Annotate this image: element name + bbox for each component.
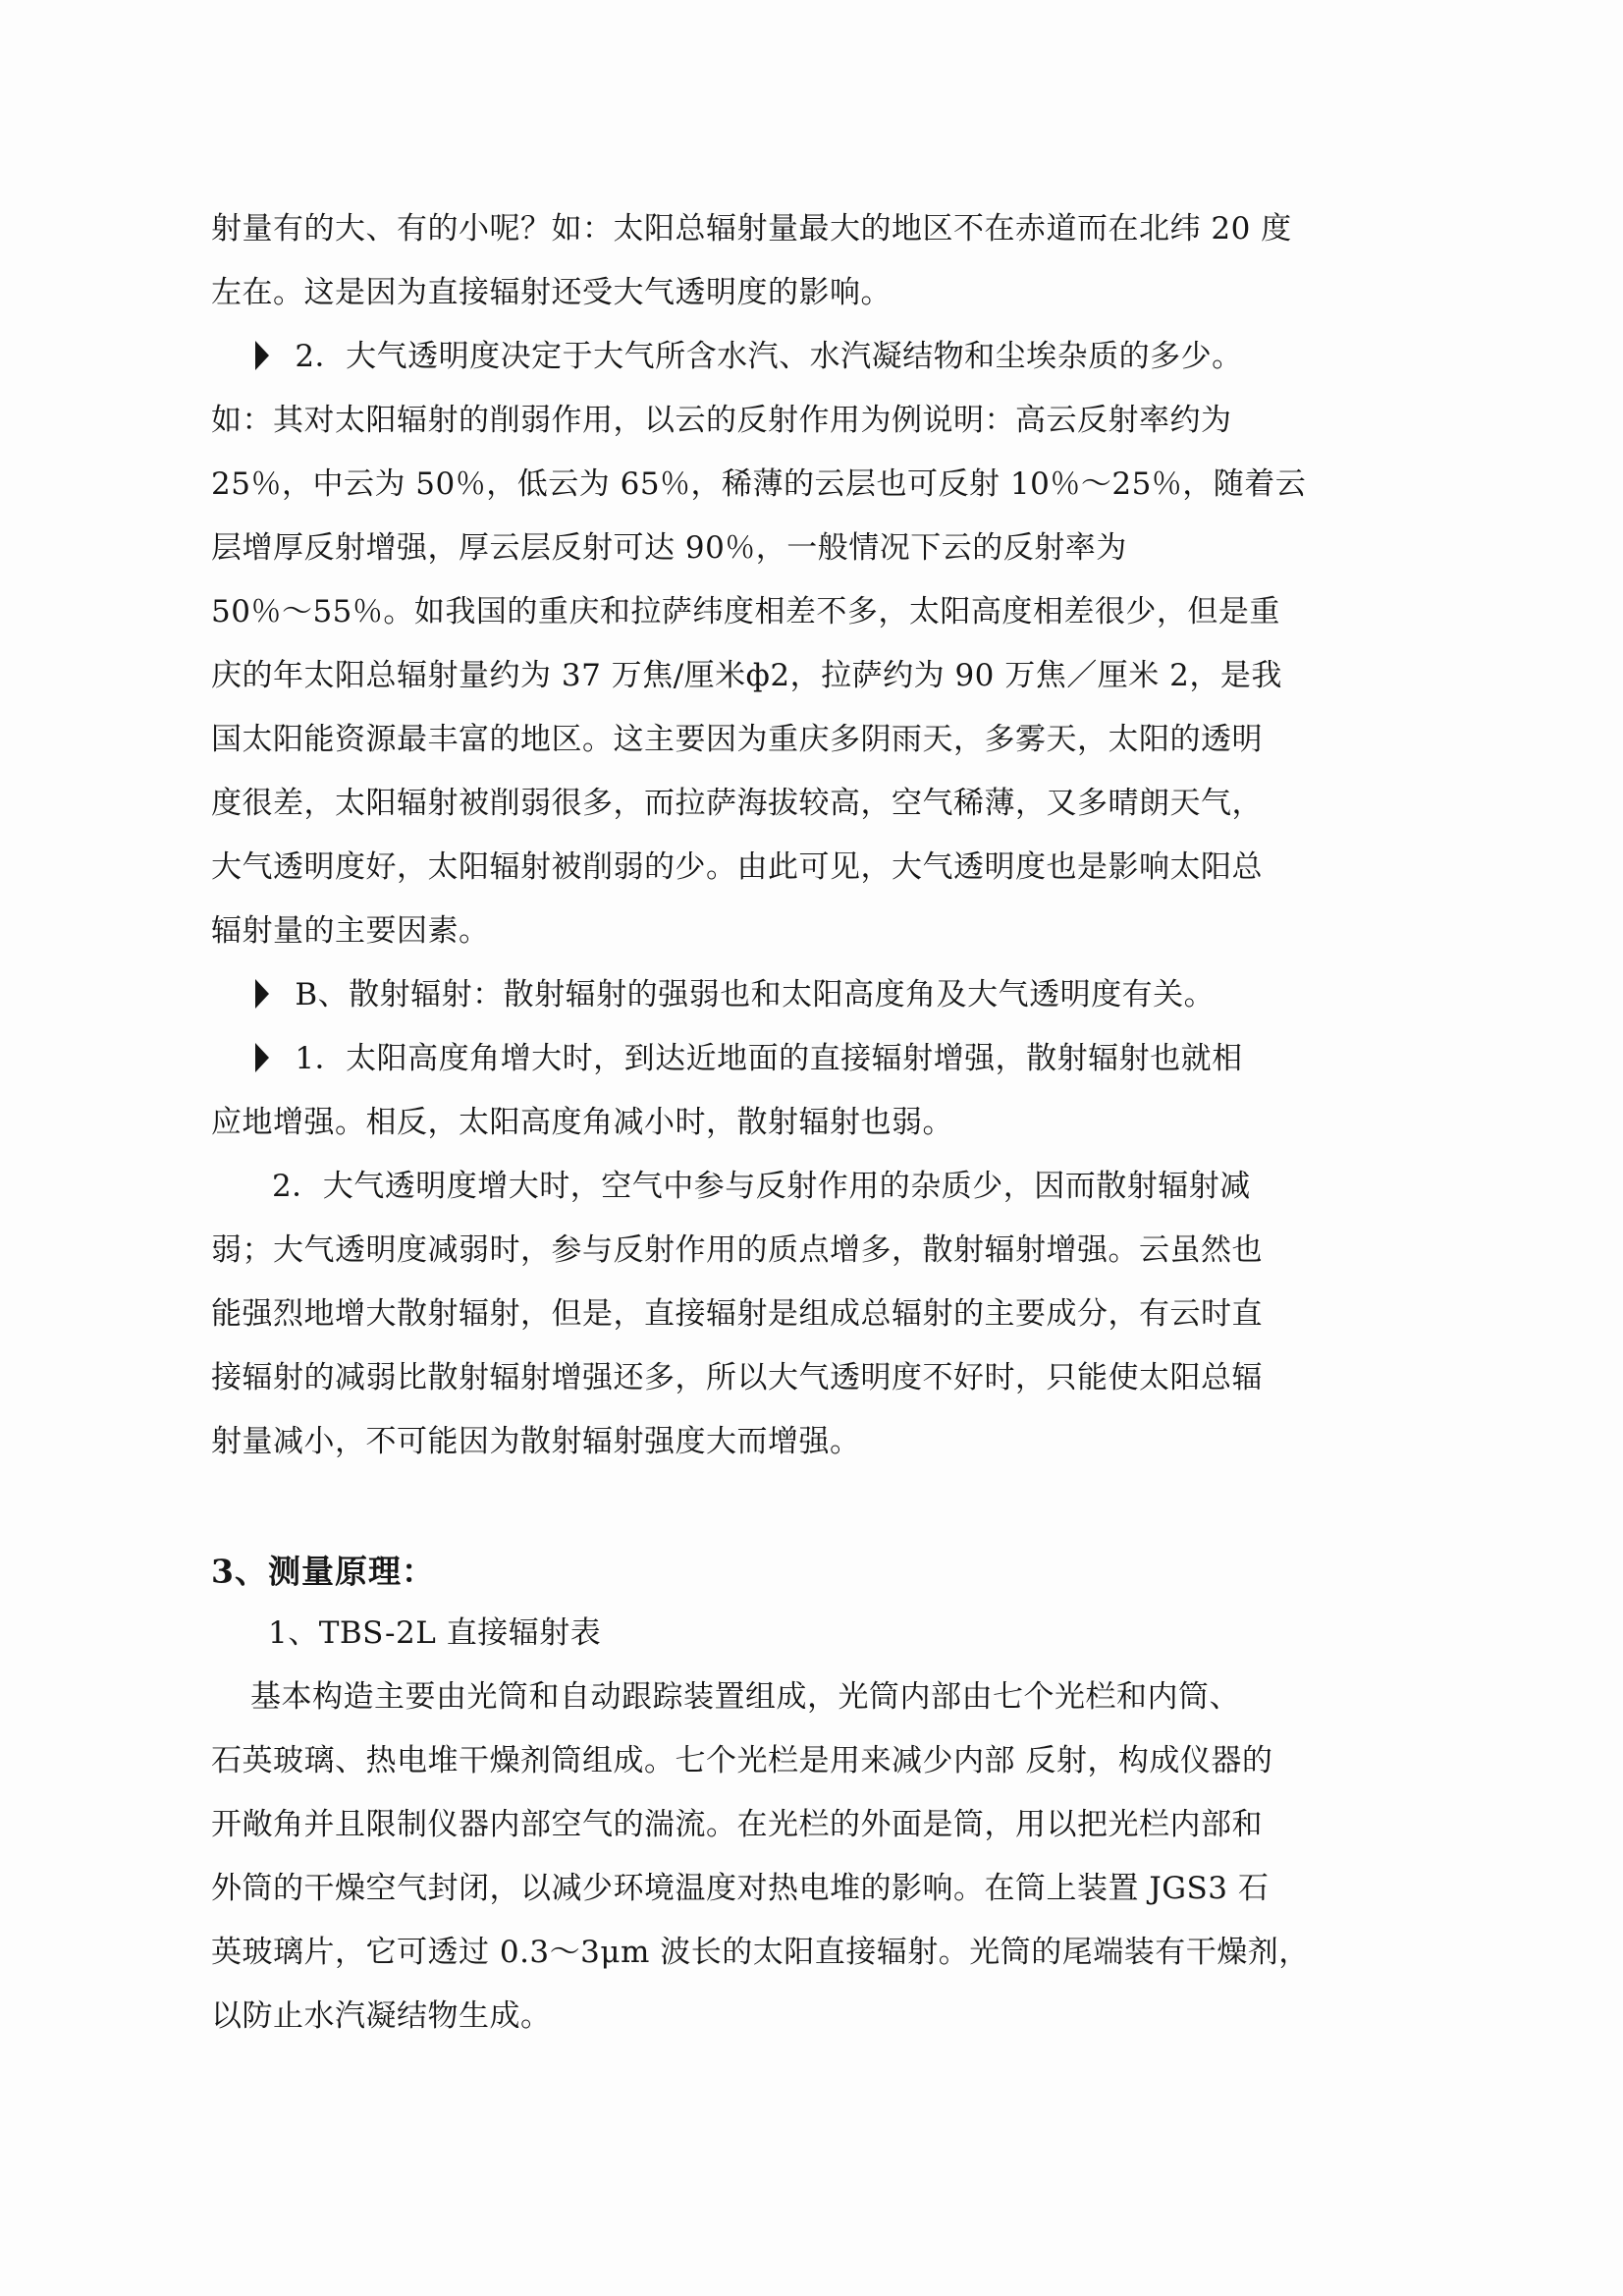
arrow-bullet-icon bbox=[255, 1043, 269, 1072]
text-line-content: 以防止水汽凝结物生成。 bbox=[211, 1998, 552, 2034]
text-line-content: B、散射辐射：散射辐射的强弱也和太阳高度角及大气透明度有关。 bbox=[295, 977, 1215, 1012]
document-text-block: 射量有的大、有的小呢？如：太阳总辐射量最大的地区不在赤道而在北纬 20 度 左在… bbox=[211, 196, 1301, 2048]
text-line-content: 50％～55％。如我国的重庆和拉萨纬度相差不多，太阳高度相差很少，但是重 bbox=[211, 594, 1280, 629]
text-line: 外筒的干燥空气封闭，以减少环境温度对热电堆的影响。在筒上装置 JGS3 石 bbox=[211, 1856, 1301, 1920]
text-line-content: 庆的年太阳总辐射量约为 37 万焦/厘米ф2，拉萨约为 90 万焦／厘米 2，是… bbox=[211, 658, 1282, 693]
text-line-content: 石英玻璃、热电堆干燥剂筒组成。七个光栏是用来减少内部 反射，构成仪器的 bbox=[211, 1743, 1272, 1778]
text-line-content: 度很差，太阳辐射被削弱很多，而拉萨海拔较高，空气稀薄，又多晴朗天气， bbox=[211, 786, 1263, 821]
text-line: 层增厚反射增强，厚云层反射可达 90％，一般情况下云的反射率为 bbox=[211, 516, 1301, 579]
text-line: 基本构造主要由光筒和自动跟踪装置组成，光筒内部由七个光栏和内筒、 bbox=[211, 1665, 1301, 1728]
text-line-content: 1．太阳高度角增大时，到达近地面的直接辐射增强，散射辐射也就相 bbox=[295, 1041, 1242, 1076]
text-line: 能强烈地增大散射辐射，但是，直接辐射是组成总辐射的主要成分，有云时直 bbox=[211, 1282, 1301, 1345]
text-line-content: 射量有的大、有的小呢？如：太阳总辐射量最大的地区不在赤道而在北纬 20 度 bbox=[211, 211, 1292, 246]
text-line-content: 大气透明度好，太阳辐射被削弱的少。由此可见，大气透明度也是影响太阳总 bbox=[211, 849, 1263, 885]
text-line-content: 1、TBS-2L 直接辐射表 bbox=[268, 1615, 601, 1651]
text-line: 25％，中云为 50％，低云为 65％，稀薄的云层也可反射 10％～25％，随着… bbox=[211, 452, 1301, 516]
text-line: 1．太阳高度角增大时，到达近地面的直接辐射增强，散射辐射也就相 bbox=[211, 1026, 1301, 1090]
text-line-content: 接辐射的减弱比散射辐射增强还多，所以大气透明度不好时，只能使太阳总辐 bbox=[211, 1360, 1263, 1395]
text-line-content: 基本构造主要由光筒和自动跟踪装置组成，光筒内部由七个光栏和内筒、 bbox=[250, 1679, 1240, 1715]
text-line: 1、TBS-2L 直接辐射表 bbox=[211, 1601, 1301, 1665]
text-line-content: 辐射量的主要因素。 bbox=[211, 913, 490, 949]
text-line: 辐射量的主要因素。 bbox=[211, 899, 1301, 962]
text-line: 50％～55％。如我国的重庆和拉萨纬度相差不多，太阳高度相差很少，但是重 bbox=[211, 579, 1301, 643]
text-line: 左在。这是因为直接辐射还受大气透明度的影响。 bbox=[211, 260, 1301, 324]
text-line: 大气透明度好，太阳辐射被削弱的少。由此可见，大气透明度也是影响太阳总 bbox=[211, 835, 1301, 899]
text-line-content: 开敞角并且限制仪器内部空气的湍流。在光栏的外面是筒，用以把光栏内部和 bbox=[211, 1807, 1263, 1842]
text-line: 如：其对太阳辐射的削弱作用，以云的反射作用为例说明：高云反射率约为 bbox=[211, 388, 1301, 452]
text-line: 射量减小，不可能因为散射辐射强度大而增强。 bbox=[211, 1409, 1301, 1473]
text-line-content: 层增厚反射增强，厚云层反射可达 90％，一般情况下云的反射率为 bbox=[211, 530, 1127, 566]
text-line-content: 外筒的干燥空气封闭，以减少环境温度对热电堆的影响。在筒上装置 JGS3 石 bbox=[211, 1871, 1269, 1906]
text-line: 英玻璃片，它可透过 0.3～3μm 波长的太阳直接辐射。光筒的尾端装有干燥剂， bbox=[211, 1920, 1301, 1984]
text-line-content: 如：其对太阳辐射的削弱作用，以云的反射作用为例说明：高云反射率约为 bbox=[211, 403, 1232, 438]
text-line-content: 25％，中云为 50％，低云为 65％，稀薄的云层也可反射 10％～25％，随着… bbox=[211, 466, 1306, 502]
text-line-content: 国太阳能资源最丰富的地区。这主要因为重庆多阴雨天，多雾天，太阳的透明 bbox=[211, 722, 1263, 757]
document-page: 射量有的大、有的小呢？如：太阳总辐射量最大的地区不在赤道而在北纬 20 度 左在… bbox=[0, 0, 1623, 2296]
text-line: 2．大气透明度决定于大气所含水汽、水汽凝结物和尘埃杂质的多少。 bbox=[211, 324, 1301, 388]
text-line: 国太阳能资源最丰富的地区。这主要因为重庆多阴雨天，多雾天，太阳的透明 bbox=[211, 707, 1301, 771]
text-line: 2．大气透明度增大时，空气中参与反射作用的杂质少，因而散射辐射减 bbox=[211, 1154, 1301, 1218]
text-line-content: 3、测量原理： bbox=[211, 1553, 435, 1591]
text-line: 应地增强。相反，太阳高度角减小时，散射辐射也弱。 bbox=[211, 1090, 1301, 1154]
text-line: 射量有的大、有的小呢？如：太阳总辐射量最大的地区不在赤道而在北纬 20 度 bbox=[211, 196, 1301, 260]
text-line bbox=[211, 1473, 1301, 1537]
text-line: 弱；大气透明度减弱时，参与反射作用的质点增多，散射辐射增强。云虽然也 bbox=[211, 1218, 1301, 1282]
text-line: 度很差，太阳辐射被削弱很多，而拉萨海拔较高，空气稀薄，又多晴朗天气， bbox=[211, 771, 1301, 835]
text-line-content: 2．大气透明度决定于大气所含水汽、水汽凝结物和尘埃杂质的多少。 bbox=[295, 339, 1242, 374]
text-line: 庆的年太阳总辐射量约为 37 万焦/厘米ф2，拉萨约为 90 万焦／厘米 2，是… bbox=[211, 643, 1301, 707]
text-line: B、散射辐射：散射辐射的强弱也和太阳高度角及大气透明度有关。 bbox=[211, 962, 1301, 1026]
text-line: 以防止水汽凝结物生成。 bbox=[211, 1984, 1301, 2048]
arrow-bullet-icon bbox=[255, 979, 269, 1009]
text-line-content: 弱；大气透明度减弱时，参与反射作用的质点增多，散射辐射增强。云虽然也 bbox=[211, 1232, 1263, 1268]
text-line-content: 能强烈地增大散射辐射，但是，直接辐射是组成总辐射的主要成分，有云时直 bbox=[211, 1296, 1263, 1332]
section-heading: 3、测量原理： bbox=[211, 1537, 1301, 1601]
text-line: 接辐射的减弱比散射辐射增强还多，所以大气透明度不好时，只能使太阳总辐 bbox=[211, 1345, 1301, 1409]
text-line: 开敞角并且限制仪器内部空气的湍流。在光栏的外面是筒，用以把光栏内部和 bbox=[211, 1792, 1301, 1856]
text-line-content: 应地增强。相反，太阳高度角减小时，散射辐射也弱。 bbox=[211, 1105, 953, 1140]
text-line-content: 2．大气透明度增大时，空气中参与反射作用的杂质少，因而散射辐射减 bbox=[272, 1169, 1251, 1204]
text-line-content: 射量减小，不可能因为散射辐射强度大而增强。 bbox=[211, 1424, 861, 1459]
text-line: 石英玻璃、热电堆干燥剂筒组成。七个光栏是用来减少内部 反射，构成仪器的 bbox=[211, 1728, 1301, 1792]
arrow-bullet-icon bbox=[255, 341, 269, 370]
text-line-content: 左在。这是因为直接辐射还受大气透明度的影响。 bbox=[211, 275, 892, 310]
text-line-content: 英玻璃片，它可透过 0.3～3μm 波长的太阳直接辐射。光筒的尾端装有干燥剂， bbox=[211, 1935, 1310, 1970]
